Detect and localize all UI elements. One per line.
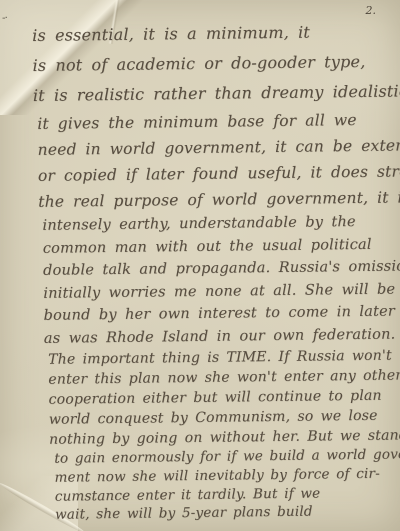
handwritten-line: is essential, it is a minimum, it — [28, 16, 398, 51]
page-number: 2. — [366, 4, 377, 17]
handwritten-line: it is realistic rather than dreamy ideal… — [29, 76, 399, 111]
margin-pencil-mark: -· — [2, 13, 7, 24]
handwritten-line: is not of academic or do-gooder type, — [28, 46, 398, 81]
handwritten-letter-page: -· 2. is essential, it is a minimum, it … — [0, 0, 400, 531]
handwritten-line: wait, she will by 5-year plans build — [34, 502, 400, 525]
letter-body: is essential, it is a minimum, it is not… — [28, 16, 400, 525]
